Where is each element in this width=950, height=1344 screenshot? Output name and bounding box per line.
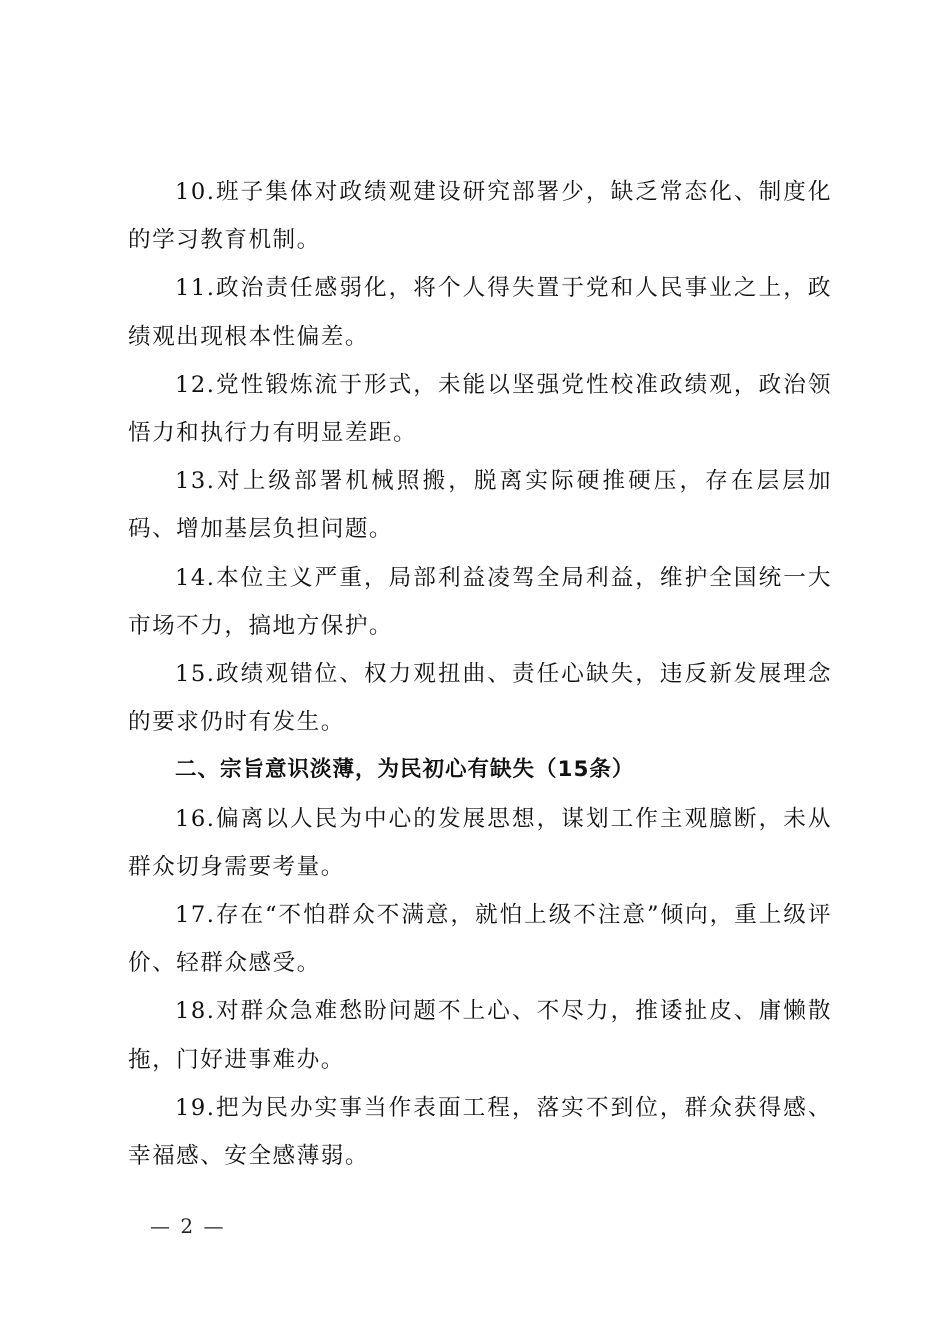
item-text: 本位主义严重，局部利益凌驾全局利益，维护全国统一大市场不力，搞地方保护。 bbox=[128, 565, 832, 639]
item-text: 对上级部署机械照搬，脱离实际硬推硬压，存在层层加码、增加基层负担问题。 bbox=[128, 468, 832, 542]
item-number: 14. bbox=[175, 565, 215, 591]
list-item-16: 16.偏离以人民为中心的发展思想，谋划工作主观臆断，未从群众切身需要考量。 bbox=[128, 795, 832, 891]
list-item-10: 10.班子集体对政绩观建设研究部署少，缺乏常态化、制度化的学习教育机制。 bbox=[128, 168, 832, 264]
page-number: — 2 — bbox=[150, 1214, 225, 1238]
item-text: 对群众急难愁盼问题不上心、不尽力，推诿扯皮、庸懒散拖，门好进事难办。 bbox=[128, 998, 832, 1072]
item-text: 偏离以人民为中心的发展思想，谋划工作主观臆断，未从群众切身需要考量。 bbox=[128, 806, 832, 880]
item-text: 把为民办实事当作表面工程，落实不到位，群众获得感、幸福感、安全感薄弱。 bbox=[128, 1095, 832, 1169]
list-item-17: 17.存在“不怕群众不满意，就怕上级不注意”倾向，重上级评价、轻群众感受。 bbox=[128, 891, 832, 987]
document-body: 10.班子集体对政绩观建设研究部署少，缺乏常态化、制度化的学习教育机制。 11.… bbox=[128, 168, 832, 1180]
item-number: 18. bbox=[175, 998, 215, 1024]
item-number: 11. bbox=[175, 275, 215, 301]
item-text: 党性锻炼流于形式，未能以坚强党性校准政绩观，政治领悟力和执行力有明显差距。 bbox=[128, 372, 832, 446]
item-number: 15. bbox=[175, 661, 215, 687]
list-item-19: 19.把为民办实事当作表面工程，落实不到位，群众获得感、幸福感、安全感薄弱。 bbox=[128, 1084, 832, 1180]
item-text: 政治责任感弱化，将个人得失置于党和人民事业之上，政绩观出现根本性偏差。 bbox=[128, 275, 832, 349]
document-page: 10.班子集体对政绩观建设研究部署少，缺乏常态化、制度化的学习教育机制。 11.… bbox=[0, 0, 950, 1344]
item-number: 10. bbox=[175, 179, 215, 205]
item-number: 19. bbox=[175, 1095, 215, 1121]
list-item-11: 11.政治责任感弱化，将个人得失置于党和人民事业之上，政绩观出现根本性偏差。 bbox=[128, 264, 832, 360]
item-number: 17. bbox=[175, 902, 215, 928]
item-text: 班子集体对政绩观建设研究部署少，缺乏常态化、制度化的学习教育机制。 bbox=[128, 179, 832, 253]
item-number: 12. bbox=[175, 372, 215, 398]
item-number: 16. bbox=[175, 806, 215, 832]
list-item-18: 18.对群众急难愁盼问题不上心、不尽力，推诿扯皮、庸懒散拖，门好进事难办。 bbox=[128, 987, 832, 1083]
item-text: 政绩观错位、权力观扭曲、责任心缺失，违反新发展理念的要求仍时有发生。 bbox=[128, 661, 832, 735]
section-heading: 二、宗旨意识淡薄，为民初心有缺失（15条） bbox=[128, 746, 832, 794]
item-number: 13. bbox=[175, 468, 215, 494]
list-item-15: 15.政绩观错位、权力观扭曲、责任心缺失，违反新发展理念的要求仍时有发生。 bbox=[128, 650, 832, 746]
list-item-13: 13.对上级部署机械照搬，脱离实际硬推硬压，存在层层加码、增加基层负担问题。 bbox=[128, 457, 832, 553]
item-text: 存在“不怕群众不满意，就怕上级不注意”倾向，重上级评价、轻群众感受。 bbox=[128, 902, 832, 976]
list-item-14: 14.本位主义严重，局部利益凌驾全局利益，维护全国统一大市场不力，搞地方保护。 bbox=[128, 554, 832, 650]
list-item-12: 12.党性锻炼流于形式，未能以坚强党性校准政绩观，政治领悟力和执行力有明显差距。 bbox=[128, 361, 832, 457]
